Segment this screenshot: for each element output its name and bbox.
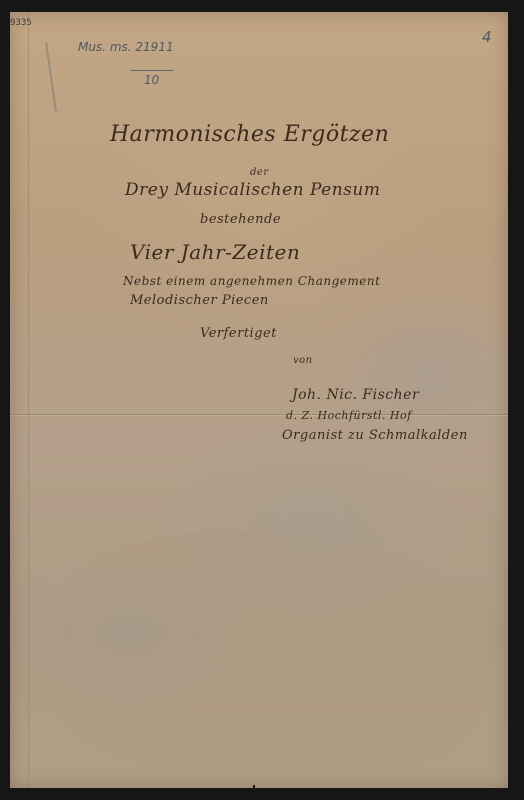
margin-pencil-mark: [45, 42, 57, 112]
title-line-von: von: [293, 355, 313, 366]
title-line-pensum: Drey Musicalischen Pensum: [125, 180, 380, 200]
document-title: Harmonisches Ergötzen: [110, 122, 389, 147]
title-line-piecen: Melodischer Piecen: [130, 293, 269, 308]
title-line-der: der: [250, 167, 269, 178]
title-line-bestehende: bestehende: [200, 212, 281, 227]
manuscript-page: Mus. ms. 21911 10 4 Harmonisches Ergötze…: [10, 12, 508, 788]
page-fold-horizontal: [10, 414, 508, 415]
scan-tick-mark: [253, 785, 255, 791]
author-position: Organist zu Schmalkalden: [282, 428, 468, 443]
scanned-document: Mus. ms. 21911 10 4 Harmonisches Ergötze…: [0, 0, 524, 800]
author-title: d. Z. Hochfürstl. Hof: [286, 409, 412, 422]
shelfmark-line-1: Mus. ms. 21911: [78, 40, 174, 54]
author-name: Joh. Nic. Fischer: [292, 387, 419, 403]
water-stain: [40, 532, 480, 782]
shelfmark-fraction-bar: [130, 70, 174, 71]
folio-number: 4: [482, 28, 492, 46]
title-line-verfertiget: Verfertiget: [200, 326, 277, 341]
page-fold-vertical: [28, 12, 29, 788]
shelfmark-line-2: 10: [144, 73, 159, 87]
title-line-changement: Nebst einem angenehmen Changement: [123, 274, 380, 288]
title-line-jahrzeiten: Vier Jahr-Zeiten: [130, 240, 300, 264]
